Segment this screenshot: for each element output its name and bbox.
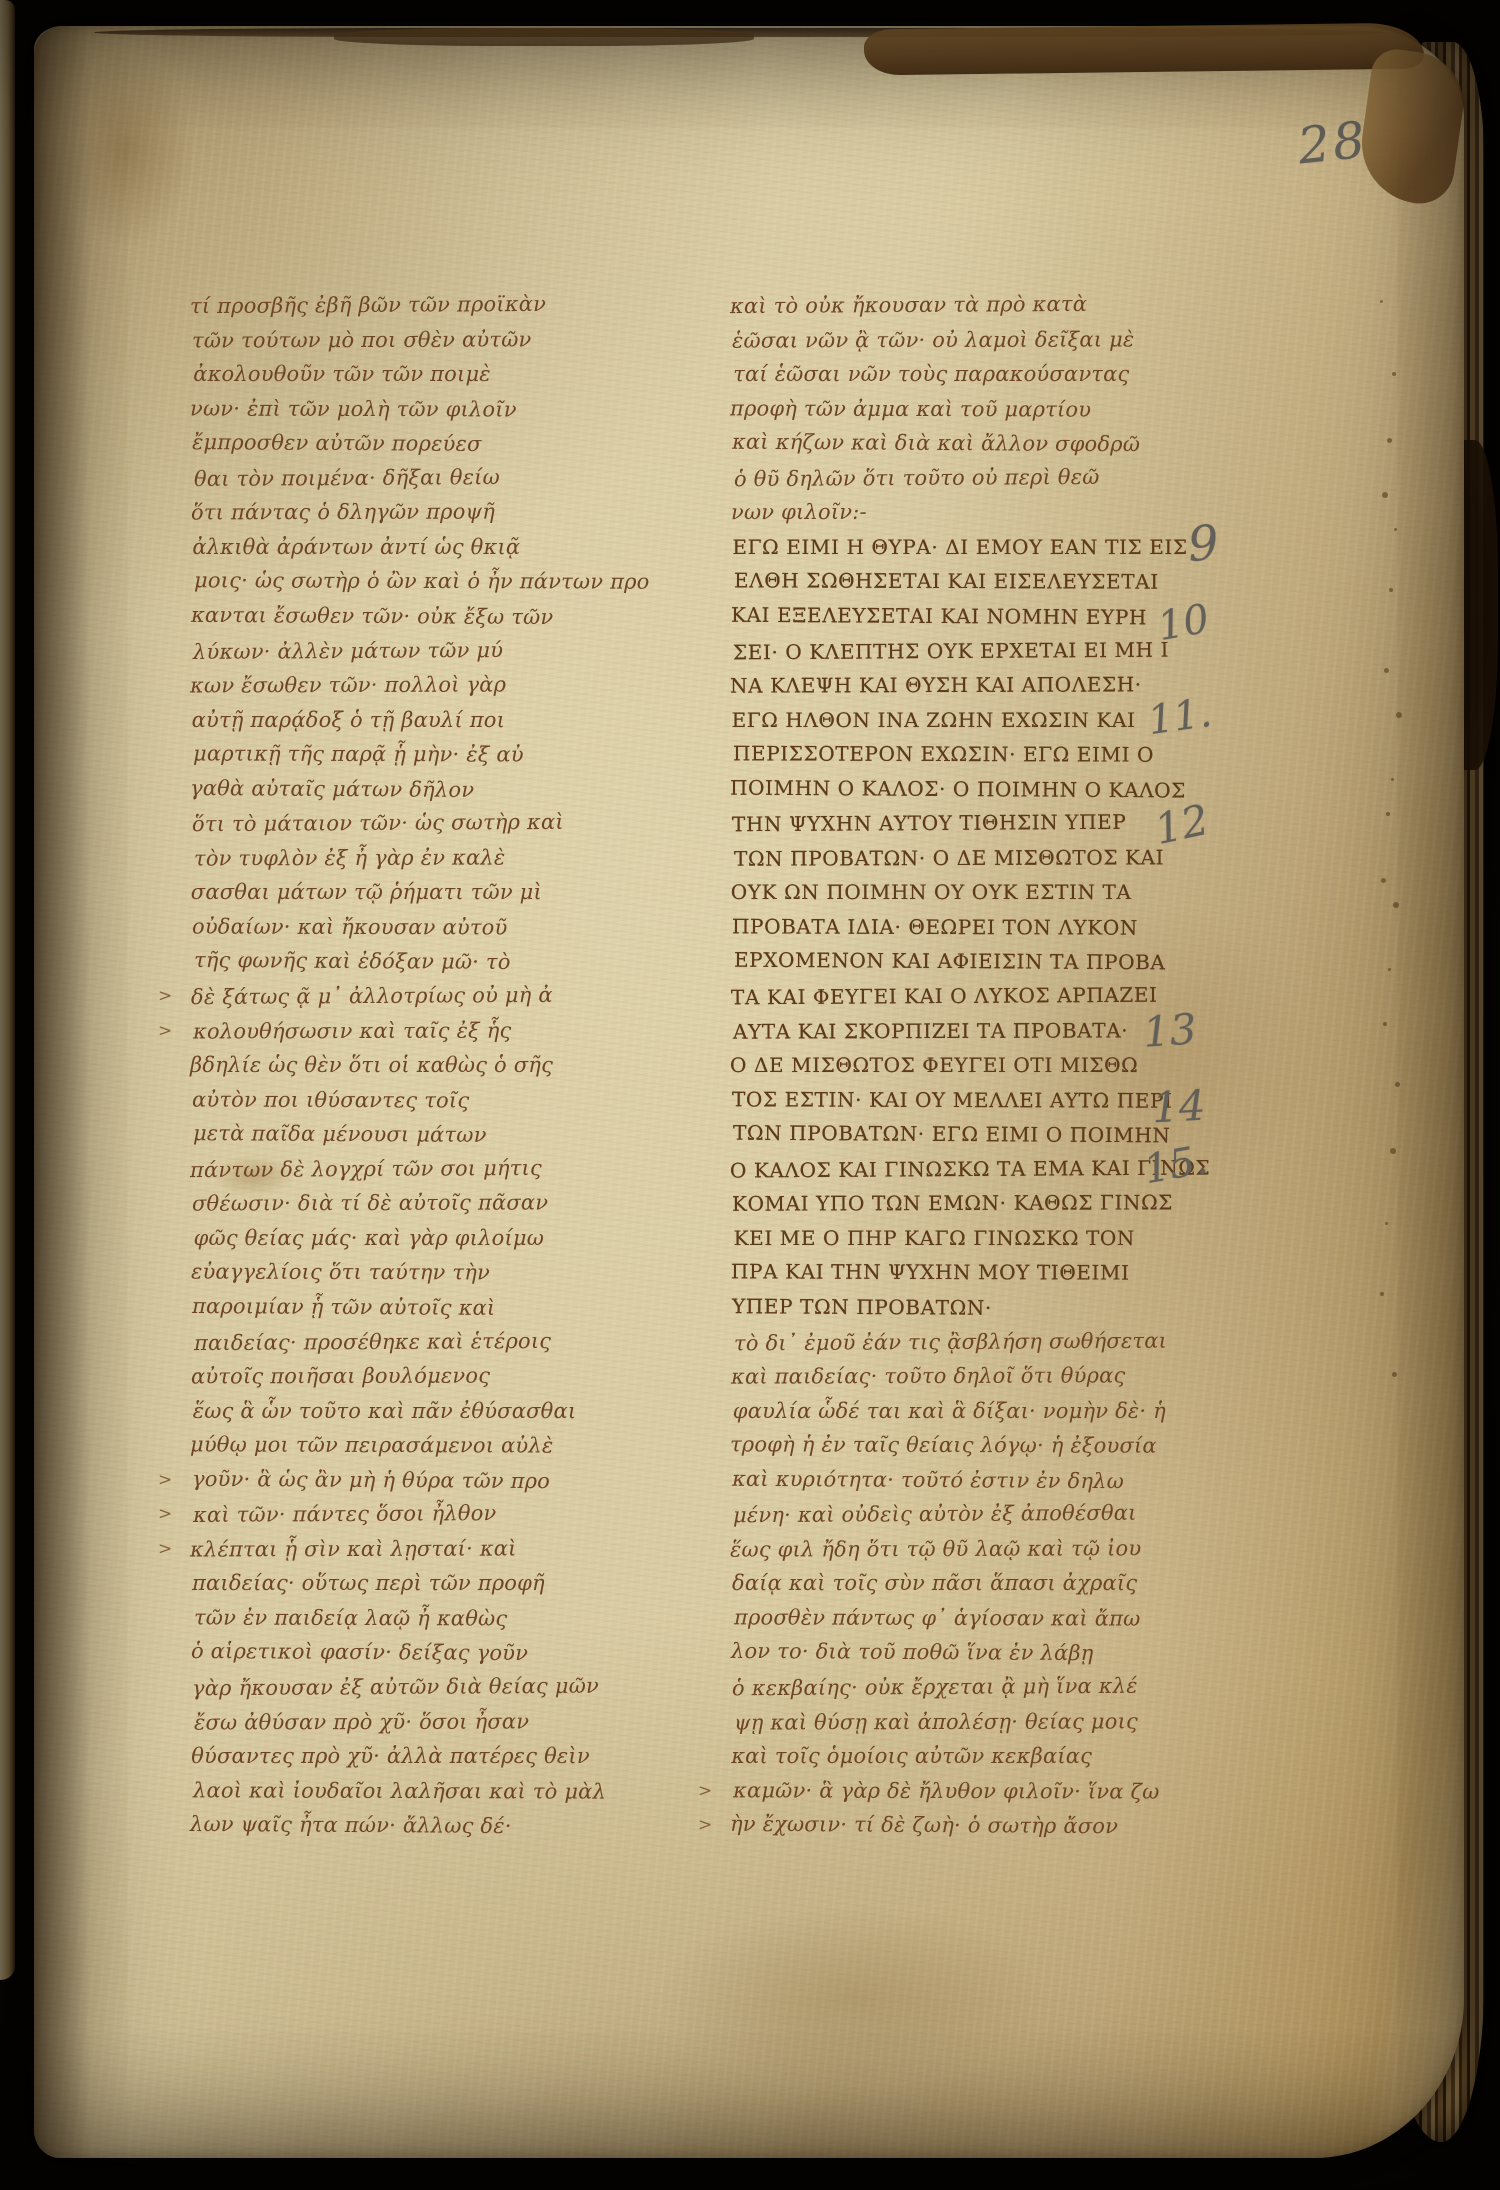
parchment-stain: [594, 1876, 1114, 2116]
wormhole-dot: [1394, 528, 1397, 531]
manuscript-text-line: γὰρ ἤκουσαν ἐξ αὐτῶν διὰ θείας μῶν: [192, 1674, 599, 1701]
gospel-uncial-line: ΠΡΑ ΚΑΙ ΤΗΝ ΨΥΧΗΝ ΜΟΥ ΤΙΘΕΙΜΙ: [731, 1260, 1130, 1285]
commentary-text-line: δαίᾳ καὶ τοῖς σὺν πᾶσι ἅπασι ἀχραῖς: [732, 1571, 1137, 1595]
manuscript-text-line: σθέωσιν· διὰ τί δὲ αὐτοῖς πᾶσαν: [192, 1191, 548, 1216]
margin-verse-number: 12: [1150, 795, 1212, 854]
manuscript-text-line: ὅτι τὸ μάταιον τῶν· ὡς σωτὴρ καὶ: [192, 810, 564, 836]
diple-quotation-mark: >: [698, 1781, 712, 1801]
manuscript-text-line: οὐδαίων· καὶ ἤκουσαν αὐτοῦ: [192, 914, 508, 939]
commentary-text-line: καὶ τὸ οὐκ ἤκουσαν τὰ πρὸ κατὰ: [730, 292, 1087, 318]
wormhole-dot: [1395, 1082, 1400, 1087]
commentary-text-line: προφὴ τῶν ἀμμα καὶ τοῦ μαρτίου: [730, 396, 1091, 421]
wormhole-dot: [1392, 372, 1396, 376]
manuscript-photo: 28 τί προσβῆς ἐβῆ βῶν τῶν προϊκὰντῶν τού…: [0, 0, 1500, 2190]
margin-verse-number: 13: [1141, 1004, 1198, 1057]
margin-verse-number: 10: [1154, 596, 1212, 650]
gospel-uncial-line: ΟΥΚ ΩΝ ΠΟΙΜΗΝ ΟΥ ΟΥΚ ΕΣΤΙΝ ΤΑ: [731, 880, 1132, 904]
gospel-uncial-line: ΤΩΝ ΠΡΟΒΑΤΩΝ· ΕΓΩ ΕΙΜΙ Ο ΠΟΙΜΗΝ: [733, 1121, 1171, 1148]
manuscript-text-line: κολουθήσωσιν καὶ ταῖς ἐξ ἧς: [193, 1018, 511, 1043]
commentary-text-line: ταί ἑῶσαι νῶν τοὺς παρακούσαντας: [733, 362, 1129, 386]
wormhole-dot: [1383, 1022, 1387, 1026]
wormhole-dot: [1392, 1372, 1397, 1377]
manuscript-text-line: ὁ αἱρετικοὶ φασίν· δείξας γοῦν: [191, 1639, 528, 1665]
gospel-uncial-line: ΤΟΣ ΕΣΤΙΝ· ΚΑΙ ΟΥ ΜΕΛΛΕΙ ΑΥΤΩ ΠΕΡΙ: [732, 1087, 1173, 1112]
commentary-text-line: καὶ κυριότητα· τοῦτό ἐστιν ἐν δηλω: [732, 1466, 1124, 1492]
commentary-text-line: νων φιλοῖν:-: [731, 500, 867, 524]
manuscript-text-line: γαθὰ αὐταῖς μάτων δῆλον: [190, 776, 474, 802]
gospel-uncial-line: ΚΑΙ ΕΞΕΛΕΥΣΕΤΑΙ ΚΑΙ ΝΟΜΗΝ ΕΥΡΗ: [731, 603, 1147, 630]
manuscript-text-line: τί προσβῆς ἐβῆ βῶν τῶν προϊκὰν: [190, 292, 546, 318]
diple-quotation-mark: >: [158, 1021, 172, 1041]
commentary-text-line: λον το· διὰ τοῦ ποθῶ ἵνα ἐν λάβῃ: [731, 1639, 1094, 1665]
commentary-text-line: καμῶν· ἃ γὰρ δὲ ἤλυθον φιλοῖν· ἵνα ζω: [733, 1778, 1160, 1803]
commentary-text-line: ψῃ καὶ θύσῃ καὶ ἀπολέσῃ· θείας μοις: [734, 1709, 1138, 1734]
gospel-uncial-line: Ο ΔΕ ΜΙΣΘΩΤΟΣ ΦΕΥΓΕΙ ΟΤΙ ΜΙΣΘΩ: [730, 1053, 1138, 1077]
diple-quotation-mark: >: [158, 1504, 172, 1524]
wormhole-dot: [1384, 668, 1389, 673]
gospel-uncial-line: ΕΛΘΗ ΣΩΘΗΣΕΤΑΙ ΚΑΙ ΕΙΣΕΛΕΥΣΕΤΑΙ: [734, 569, 1159, 594]
manuscript-text-line: θαι τὸν ποιμένα· δῆξαι θείω: [194, 465, 500, 491]
manuscript-text-line: μύθῳ μοι τῶν πειρασάμενοι αὐλὲ: [190, 1433, 553, 1458]
manuscript-text-line: τῆς φωνῆς καὶ ἐδόξαν μῶ· τὸ: [194, 948, 511, 974]
commentary-text-line: τὸ δι᾿ ἐμοῦ ἐάν τις ᾂσβλήση σωθήσεται: [734, 1328, 1167, 1355]
wormhole-dot: [1387, 438, 1392, 443]
margin-verse-number: 14: [1151, 1081, 1207, 1133]
manuscript-text-line: μοις· ὡς σωτὴρ ὁ ὢν καὶ ὁ ἦν πάντων προ: [194, 569, 650, 594]
manuscript-text-line: λων ψαῖς ἦτα πών· ἄλλως δέ·: [190, 1812, 512, 1838]
manuscript-text-line: νων· ἐπὶ τῶν μολὴ τῶν φιλοῖν: [190, 396, 517, 421]
gospel-uncial-line: ΤΩΝ ΠΡΟΒΑΤΩΝ· Ο ΔΕ ΜΙΣΘΩΤΟΣ ΚΑΙ: [734, 845, 1164, 870]
wormhole-dot: [1390, 1148, 1396, 1154]
commentary-text-line: ὁ θῦ δηλῶν ὅτι τοῦτο οὐ περὶ θεῶ: [734, 465, 1100, 491]
commentary-text-line: ὁ κεκβαίης· οὐκ ἔρχεται ᾂ μὴ ἵνα κλέ: [732, 1674, 1138, 1701]
wormhole-dot: [1381, 878, 1386, 883]
top-edge-curl: [864, 23, 1425, 76]
parchment-page: 28 τί προσβῆς ἐβῆ βῶν τῶν προϊκὰντῶν τού…: [34, 26, 1464, 2158]
commentary-text-line: καὶ τοῖς ὁμοίοις αὐτῶν κεκβαίας: [731, 1744, 1092, 1768]
diple-quotation-mark: >: [158, 986, 172, 1006]
margin-verse-number: 11.: [1145, 690, 1214, 744]
manuscript-text-line: τὸν τυφλὸν ἐξ ἦ γὰρ ἐν καλὲ: [194, 845, 505, 870]
commentary-text-line: ὴν ἔχωσιν· τί δὲ ζωὴ· ὁ σωτὴρ ἄσον: [730, 1812, 1118, 1838]
wormhole-dot: [1393, 902, 1399, 908]
commentary-text-line: καὶ παιδείας· τοῦτο δηλοῖ ὅτι θύρας: [731, 1363, 1126, 1388]
commentary-text-line: καὶ κήζων καὶ διὰ καὶ ἄλλον σφοδρῶ: [732, 430, 1140, 457]
wormhole-dot: [1382, 492, 1388, 498]
manuscript-text-line: ἔμπροσθεν αὐτῶν πορεύεσ: [192, 430, 482, 456]
manuscript-text-line: θύσαντες πρὸ χῦ· ἀλλὰ πατέρες θεὶν: [191, 1744, 590, 1768]
manuscript-text-line: πάντων δὲ λογχρί τῶν σοι μήτις: [190, 1156, 542, 1182]
manuscript-text-line: κων ἔσωθεν τῶν· πολλοὶ γὰρ: [190, 673, 506, 698]
manuscript-text-line: ἔσω ἀθύσαν πρὸ χῦ· ὅσοι ἦσαν: [194, 1709, 529, 1734]
manuscript-text-line: εὐαγγελίοις ὅτι ταύτην τὴν: [191, 1260, 490, 1285]
gospel-uncial-line: ΤΑ ΚΑΙ ΦΕΥΓΕΙ ΚΑΙ Ο ΛΥΚΟΣ ΑΡΠΑΖΕΙ: [731, 983, 1158, 1010]
wormhole-dot: [1391, 778, 1394, 781]
gospel-uncial-line: ΠΟΙΜΗΝ Ο ΚΑΛΟΣ· Ο ΠΟΙΜΗΝ Ο ΚΑΛΟΣ: [730, 775, 1186, 802]
gospel-uncial-line: ΝΑ ΚΛΕΨΗ ΚΑΙ ΘΥΣΗ ΚΑΙ ΑΠΟΛΕΣΗ·: [730, 672, 1142, 697]
manuscript-text-line: κλέπται ᾗ σὶν καὶ λῃσταί· καὶ: [190, 1536, 517, 1561]
wormhole-dot: [1385, 1222, 1388, 1225]
facing-page-edge: [0, 0, 15, 1980]
commentary-text-line: τροφὴ ἡ ἐν ταῖς θείαις λόγῳ· ἡ ἐξουσία: [730, 1432, 1157, 1457]
manuscript-text-line: μαρτικῇ τῆς παρᾷ ᾗ μὴν· ἐξ αὐ: [193, 742, 524, 767]
wormhole-dot: [1388, 968, 1391, 971]
gospel-uncial-line: ΠΕΡΙΣΣΟΤΕΡΟΝ ΕΧΩΣΙΝ· ΕΓΩ ΕΙΜΙ Ο: [733, 741, 1154, 766]
margin-verse-number: 9: [1186, 515, 1220, 573]
commentary-text-line: προσθὲν πάντως φ᾿ ἁγίοσαν καὶ ἄπω: [734, 1605, 1140, 1630]
manuscript-text-line: λαοὶ καὶ ἰουδαῖοι λαλῆσαι καὶ τὸ μὰλ: [193, 1778, 606, 1803]
manuscript-text-line: σασθαι μάτων τῷ ῥήματι τῶν μὶ: [191, 880, 542, 904]
manuscript-text-line: τῶν ἐν παιδείᾳ λαῷ ἦ καθὼς: [194, 1605, 507, 1630]
gospel-uncial-line: ΠΡΟΒΑΤΑ ΙΔΙΑ· ΘΕΩΡΕΙ ΤΟΝ ΛΥΚΟΝ: [732, 914, 1138, 939]
manuscript-text-line: ἀλκιθὰ ἀράντων ἀντί ὡς θκιᾷ: [192, 535, 520, 559]
commentary-text-line: μένη· καὶ οὐδεὶς αὐτὸν ἐξ ἀποθέσθαι: [733, 1501, 1137, 1528]
manuscript-text-line: κανται ἔσωθεν τῶν· οὐκ ἔξω τῶν: [191, 603, 554, 629]
manuscript-text-line: τῶν τούτων μὸ ποι σθὲν αὐτῶν: [192, 327, 532, 352]
diple-quotation-mark: >: [158, 1470, 172, 1490]
wormhole-dot: [1396, 712, 1402, 718]
gospel-uncial-line: ΕΡΧΟΜΕΝΟΝ ΚΑΙ ΑΦΙΕΙΣΙΝ ΤΑ ΠΡΟΒΑ: [734, 948, 1166, 975]
manuscript-text-line: αὐτοῖς ποιῆσαι βουλόμενος: [191, 1364, 490, 1389]
manuscript-text-line: καὶ τῶν· πάντες ὅσοι ἦλθον: [193, 1501, 497, 1527]
margin-verse-number: 15.: [1140, 1137, 1211, 1193]
manuscript-text-line: γοῦν· ἃ ὡς ἂν μὴ ἡ θύρα τῶν προ: [192, 1467, 550, 1493]
folio-number: 28: [1295, 111, 1370, 176]
gospel-uncial-line: ΥΠΕΡ ΤΩΝ ΠΡΟΒΑΤΩΝ·: [732, 1294, 992, 1320]
gospel-uncial-line: Ο ΚΑΛΟΣ ΚΑΙ ΓΙΝΩΣΚΩ ΤΑ ΕΜΑ ΚΑΙ ΓΙΝΩΣ: [730, 1155, 1210, 1182]
gutter-shadow: [34, 26, 90, 2158]
commentary-text-line: φαυλία ὧδέ ται καὶ ἃ δίξαι· νομὴν δὲ· ἡ: [733, 1399, 1166, 1423]
manuscript-text-line: ὅτι πάντας ὁ δληγῶν προψῆ: [191, 500, 495, 525]
gospel-uncial-line: ΕΓΩ ΕΙΜΙ Η ΘΥΡΑ· ΔΙ ΕΜΟΥ ΕΑΝ ΤΙΣ ΕΙΣ: [732, 535, 1187, 559]
manuscript-text-line: φῶς θείας μάς· καὶ γὰρ φιλοίμω: [194, 1226, 544, 1250]
gospel-uncial-line: ΤΗΝ ΨΥΧΗΝ ΑΥΤΟΥ ΤΙΘΗΣΙΝ ΥΠΕΡ: [732, 810, 1126, 836]
manuscript-text-line: ἀκολουθοῦν τῶν τῶν ποιμὲ: [193, 362, 491, 386]
right-text-column: καὶ τὸ οὐκ ἤκουσαν τὰ πρὸ κατὰἑῶσαι νῶν …: [698, 281, 1178, 1881]
gospel-uncial-line: ΑΥΤΑ ΚΑΙ ΣΚΟΡΠΙΖΕΙ ΤΑ ΠΡΟΒΑΤΑ·: [733, 1018, 1128, 1043]
gospel-uncial-line: ΕΓΩ ΗΛΘΟΝ ΙΝΑ ΖΩΗΝ ΕΧΩΣΙΝ ΚΑΙ: [732, 708, 1136, 732]
manuscript-text-line: παροιμίαν ᾗ τῶν αὐτοῖς καὶ: [192, 1294, 496, 1320]
wormhole-dot: [1389, 588, 1393, 592]
diple-quotation-mark: >: [698, 1815, 712, 1835]
left-text-column: τί προσβῆς ἐβῆ βῶν τῶν προϊκὰντῶν τούτων…: [158, 281, 598, 1881]
diple-quotation-mark: >: [158, 1539, 172, 1559]
manuscript-text-line: παιδείας· οὕτως περὶ τῶν προφῆ: [192, 1571, 545, 1595]
gospel-uncial-line: ΚΟΜΑΙ ΥΠΟ ΤΩΝ ΕΜΩΝ· ΚΑΘΩΣ ΓΙΝΩΣ: [732, 1191, 1173, 1216]
manuscript-text-line: αὐτῇ παρᾴδοξ ὁ τῇ βαυλί ποι: [192, 708, 505, 732]
manuscript-text-line: λύκων· ἀλλὲν μάτων τῶν μύ: [193, 638, 503, 664]
gospel-uncial-line: ΣΕΙ· Ο ΚΛΕΠΤΗΣ ΟΥΚ ΕΡΧΕΤΑΙ ΕΙ ΜΗ Ι: [733, 637, 1169, 664]
commentary-text-line: ἕως φιλ ἤδη ὅτι τῷ θῦ λαῷ καὶ τῷ ἰου: [730, 1536, 1141, 1561]
manuscript-text-line: δὲ ξάτως ᾷ μ᾿ ἀλλοτρίως οὐ μὴ ἀ: [191, 983, 553, 1009]
wormhole-dot: [1380, 1292, 1384, 1296]
manuscript-text-line: βδηλίε ὡς θὲν ὅτι οἱ καθὼς ὁ σῆς: [190, 1053, 553, 1077]
manuscript-text-line: αὐτὸν ποι ιθύσαντες τοῖς: [192, 1087, 469, 1112]
wormhole-dot: [1380, 300, 1383, 303]
manuscript-text-line: μετὰ παῖδα μένουσι μάτων: [193, 1121, 487, 1147]
manuscript-text-line: ἕως ἃ ὧν τοῦτο καὶ πᾶν ἐθύσασθαι: [193, 1399, 577, 1423]
wormhole-dot: [1386, 812, 1390, 816]
manuscript-text-line: παιδείας· προσέθηκε καὶ ἑτέροις: [194, 1328, 551, 1354]
commentary-text-line: ἑῶσαι νῶν ᾂ τῶν· οὐ λαμοὶ δεῖξαι μὲ: [732, 327, 1134, 352]
top-edge-shadow: [334, 28, 754, 46]
gospel-uncial-line: ΚΕΙ ΜΕ Ο ΠΗΡ ΚΑΓΩ ΓΙΝΩΣΚΩ ΤΟΝ: [734, 1226, 1135, 1250]
